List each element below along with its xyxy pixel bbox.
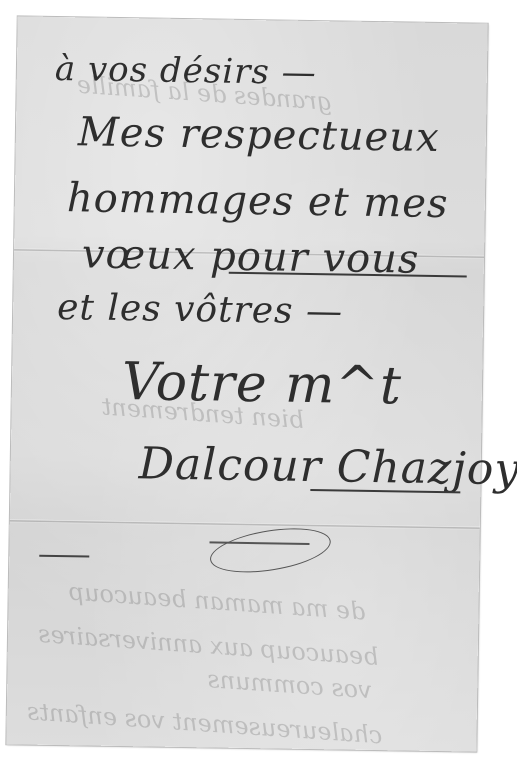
bleed-through-text: de ma maman beaucoup xyxy=(68,577,366,625)
signature: Dalcour Chazjoy xyxy=(138,438,517,495)
bleed-through-text: beaucoup aux anniversaires xyxy=(37,620,379,671)
bleed-through-text: chaleureusement vos enfants xyxy=(26,697,383,749)
letter-line: Mes respectueux xyxy=(78,109,440,161)
bleed-through-text: vos communs xyxy=(207,665,373,704)
letter-line: hommages et mes xyxy=(67,175,449,227)
closing: Votre m^t xyxy=(122,352,403,416)
letter-sheet: grandes de la famille bien tendrement de… xyxy=(6,16,487,751)
signature-flourish xyxy=(207,521,334,580)
letter-line: et les vôtres — xyxy=(57,287,343,332)
dash-mark xyxy=(39,555,89,558)
letter-line: à vos désirs — xyxy=(55,49,317,93)
fold-line xyxy=(10,519,480,529)
